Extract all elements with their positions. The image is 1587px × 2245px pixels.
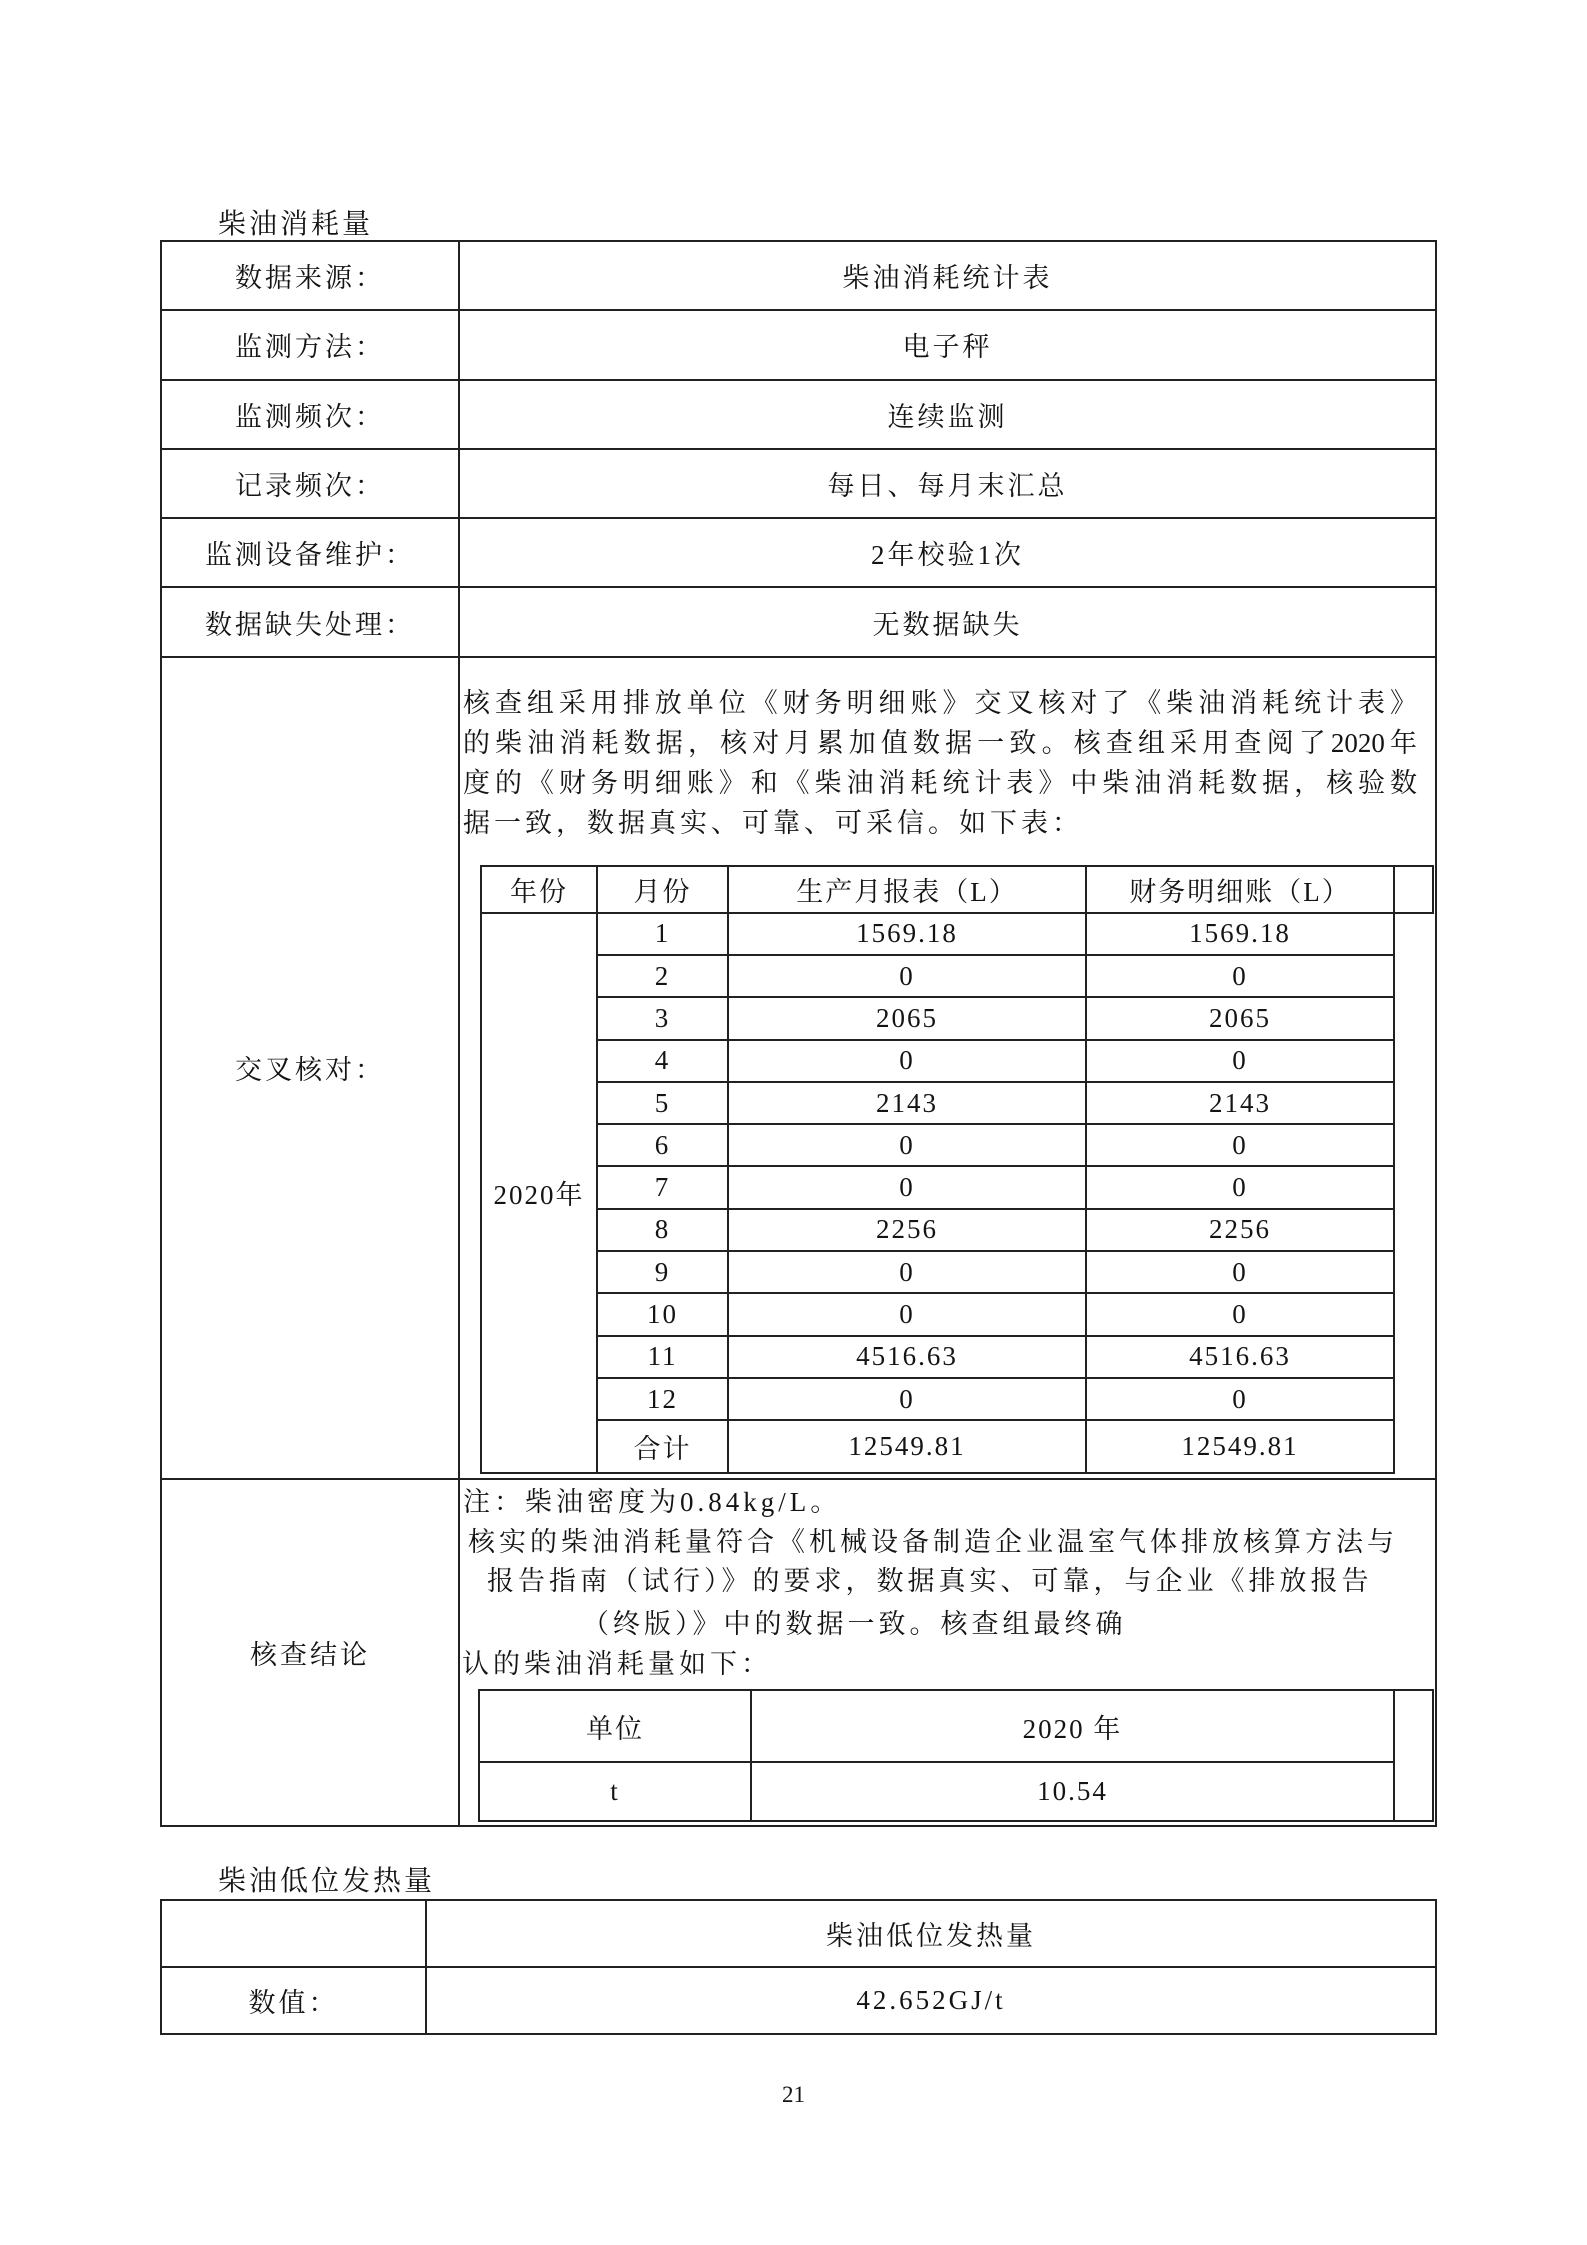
- total-label-cell: 合计: [597, 1420, 728, 1473]
- conclusion-note-line: 注：柴油密度为0.84kg/L。: [463, 1484, 841, 1520]
- month-cell: 4: [597, 1040, 728, 1082]
- report-cell: 2256: [728, 1209, 1086, 1251]
- ledger-cell: 2256: [1086, 1209, 1394, 1251]
- month-cell: 2: [597, 955, 728, 997]
- document-page: 柴油消耗量 数据来源： 柴油消耗统计表 监测方法： 电子秤 监测频次： 连续监测…: [0, 0, 1587, 2245]
- empty-header-cell: [162, 1901, 427, 1966]
- report-cell: 2143: [728, 1082, 1086, 1124]
- paragraph-line: 的柴油消耗数据，核对月累加值数据一致。核查组采用查阅了2020年: [463, 723, 1417, 763]
- row-label-equipment-maintenance: 监测设备维护：: [162, 519, 460, 586]
- paragraph-line: 核查组采用排放单位《财务明细账》交叉核对了《柴油消耗统计表》: [463, 683, 1417, 723]
- report-cell: 0: [728, 955, 1086, 997]
- ledger-cell: 0: [1086, 1040, 1394, 1082]
- table-row: t 10.54: [479, 1762, 1433, 1820]
- table-row: 监测方法： 电子秤: [162, 311, 1435, 380]
- table-row: 4 0 0: [481, 1040, 1433, 1082]
- row-value-missing-data-handling: 无数据缺失: [460, 588, 1435, 655]
- amount-value-cell: 10.54: [751, 1762, 1394, 1820]
- row-label-missing-data-handling: 数据缺失处理：: [162, 588, 460, 655]
- confirmed-amount-table: 单位 2020 年 t 10.54: [478, 1689, 1434, 1822]
- header-financial-ledger: 财务明细账（L）: [1086, 866, 1394, 913]
- month-cell: 3: [597, 997, 728, 1039]
- table-total-row: 合计 12549.81 12549.81: [481, 1420, 1433, 1473]
- header-month: 月份: [597, 866, 728, 913]
- row-label-numeric-value: 数值：: [162, 1968, 427, 2033]
- month-cell: 10: [597, 1293, 728, 1335]
- conclusion-row: 核查结论 注：柴油密度为0.84kg/L。 核实的柴油消耗量符合《机械设备制造企…: [162, 1480, 1435, 1825]
- row-label-cross-check: 交叉核对：: [162, 658, 460, 1478]
- month-cell: 1: [597, 913, 728, 955]
- conclusion-text-line: 认的柴油消耗量如下：: [462, 1646, 772, 1682]
- table-row: 监测频次： 连续监测: [162, 381, 1435, 450]
- row-label-conclusion: 核查结论: [162, 1480, 460, 1825]
- month-cell: 7: [597, 1166, 728, 1208]
- ledger-cell: 0: [1086, 955, 1394, 997]
- ledger-cell: 0: [1086, 1251, 1394, 1293]
- row-value-recording-frequency: 每日、每月末汇总: [460, 450, 1435, 517]
- report-cell: 2065: [728, 997, 1086, 1039]
- cross-check-paragraph: 核查组采用排放单位《财务明细账》交叉核对了《柴油消耗统计表》 的柴油消耗数据，核…: [463, 683, 1417, 843]
- header-production-report: 生产月报表（L）: [728, 866, 1086, 913]
- cross-check-content: 核查组采用排放单位《财务明细账》交叉核对了《柴油消耗统计表》 的柴油消耗数据，核…: [460, 658, 1435, 1478]
- ledger-cell: 0: [1086, 1378, 1394, 1420]
- table-row: 数据来源： 柴油消耗统计表: [162, 242, 1435, 311]
- row-label-monitoring-method: 监测方法：: [162, 311, 460, 378]
- table-row: 11 4516.63 4516.63: [481, 1336, 1433, 1378]
- month-cell: 8: [597, 1209, 728, 1251]
- total-report-cell: 12549.81: [728, 1420, 1086, 1473]
- report-cell: 4516.63: [728, 1336, 1086, 1378]
- table-row: 监测设备维护： 2年校验1次: [162, 519, 1435, 588]
- monthly-comparison-table: 年份 月份 生产月报表（L） 财务明细账（L） 2020年 1 1569.18: [480, 865, 1434, 1474]
- ledger-cell: 1569.18: [1086, 913, 1394, 955]
- report-cell: 0: [728, 1378, 1086, 1420]
- month-cell: 5: [597, 1082, 728, 1124]
- paragraph-line: 度的《财务明细账》和《柴油消耗统计表》中柴油消耗数据，核验数: [463, 763, 1417, 803]
- ledger-cell: 0: [1086, 1293, 1394, 1335]
- table-row: 记录频次： 每日、每月末汇总: [162, 450, 1435, 519]
- report-cell: 0: [728, 1124, 1086, 1166]
- diesel-consumption-table: 数据来源： 柴油消耗统计表 监测方法： 电子秤 监测频次： 连续监测 记录频次：…: [160, 240, 1437, 1827]
- table-row: 6 0 0: [481, 1124, 1433, 1166]
- empty-spacer-cell: [1394, 866, 1433, 913]
- table-row: 8 2256 2256: [481, 1209, 1433, 1251]
- cross-check-row: 交叉核对： 核查组采用排放单位《财务明细账》交叉核对了《柴油消耗统计表》 的柴油…: [162, 658, 1435, 1480]
- row-value-monitoring-method: 电子秤: [460, 311, 1435, 378]
- table-header-row: 单位 2020 年: [479, 1690, 1433, 1763]
- table-row: 10 0 0: [481, 1293, 1433, 1335]
- table-header-row: 年份 月份 生产月报表（L） 财务明细账（L）: [481, 866, 1433, 913]
- total-ledger-cell: 12549.81: [1086, 1420, 1394, 1473]
- table-row: 9 0 0: [481, 1251, 1433, 1293]
- ledger-cell: 0: [1086, 1124, 1394, 1166]
- empty-spacer-cell: [1394, 1690, 1433, 1821]
- table-row: 3 2065 2065: [481, 997, 1433, 1039]
- table-row: 5 2143 2143: [481, 1082, 1433, 1124]
- report-cell: 1569.18: [728, 913, 1086, 955]
- report-cell: 0: [728, 1040, 1086, 1082]
- month-cell: 9: [597, 1251, 728, 1293]
- table-row: 数值： 42.652GJ/t: [162, 1968, 1435, 2033]
- month-cell: 6: [597, 1124, 728, 1166]
- ledger-cell: 0: [1086, 1166, 1394, 1208]
- table-row: 2 0 0: [481, 955, 1433, 997]
- paragraph-line: 据一致，数据真实、可靠、可采信。如下表：: [463, 803, 1417, 843]
- section-title-heating-value: 柴油低位发热量: [218, 1859, 435, 1899]
- row-value-monitoring-frequency: 连续监测: [460, 381, 1435, 448]
- row-value-data-source: 柴油消耗统计表: [460, 242, 1435, 309]
- row-value-equipment-maintenance: 2年校验1次: [460, 519, 1435, 586]
- section-title-diesel-consumption: 柴油消耗量: [218, 202, 373, 242]
- row-label-recording-frequency: 记录频次：: [162, 450, 460, 517]
- header-year: 年份: [481, 866, 597, 913]
- unit-header-cell: 单位: [479, 1690, 751, 1763]
- report-cell: 0: [728, 1293, 1086, 1335]
- table-row: 12 0 0: [481, 1378, 1433, 1420]
- row-value-heating: 42.652GJ/t: [427, 1968, 1435, 2033]
- conclusion-content: 注：柴油密度为0.84kg/L。 核实的柴油消耗量符合《机械设备制造企业温室气体…: [460, 1480, 1435, 1825]
- report-cell: 0: [728, 1166, 1086, 1208]
- table-row: 7 0 0: [481, 1166, 1433, 1208]
- conclusion-text-line: 核实的柴油消耗量符合《机械设备制造企业温室气体排放核算方法与: [468, 1524, 1398, 1560]
- year-cell: 2020年: [481, 913, 597, 1473]
- year-header-cell: 2020 年: [751, 1690, 1394, 1763]
- heating-value-header: 柴油低位发热量: [427, 1901, 1435, 1966]
- conclusion-text-line: 报告指南（试行）》的要求，数据真实、可靠，与企业《排放报告: [487, 1563, 1373, 1599]
- unit-value-cell: t: [479, 1762, 751, 1820]
- report-cell: 0: [728, 1251, 1086, 1293]
- ledger-cell: 4516.63: [1086, 1336, 1394, 1378]
- month-cell: 12: [597, 1378, 728, 1420]
- heating-value-table: 柴油低位发热量 数值： 42.652GJ/t: [160, 1899, 1437, 2035]
- row-label-monitoring-frequency: 监测频次：: [162, 381, 460, 448]
- ledger-cell: 2143: [1086, 1082, 1394, 1124]
- month-cell: 11: [597, 1336, 728, 1378]
- table-row: 2020年 1 1569.18 1569.18: [481, 913, 1433, 955]
- page-number: 21: [0, 2082, 1587, 2108]
- ledger-cell: 2065: [1086, 997, 1394, 1039]
- table-row: 数据缺失处理： 无数据缺失: [162, 588, 1435, 657]
- table-header-row: 柴油低位发热量: [162, 1901, 1435, 1968]
- row-label-data-source: 数据来源：: [162, 242, 460, 309]
- conclusion-text-line: （终版）》中的数据一致。核查组最终确: [582, 1606, 1127, 1642]
